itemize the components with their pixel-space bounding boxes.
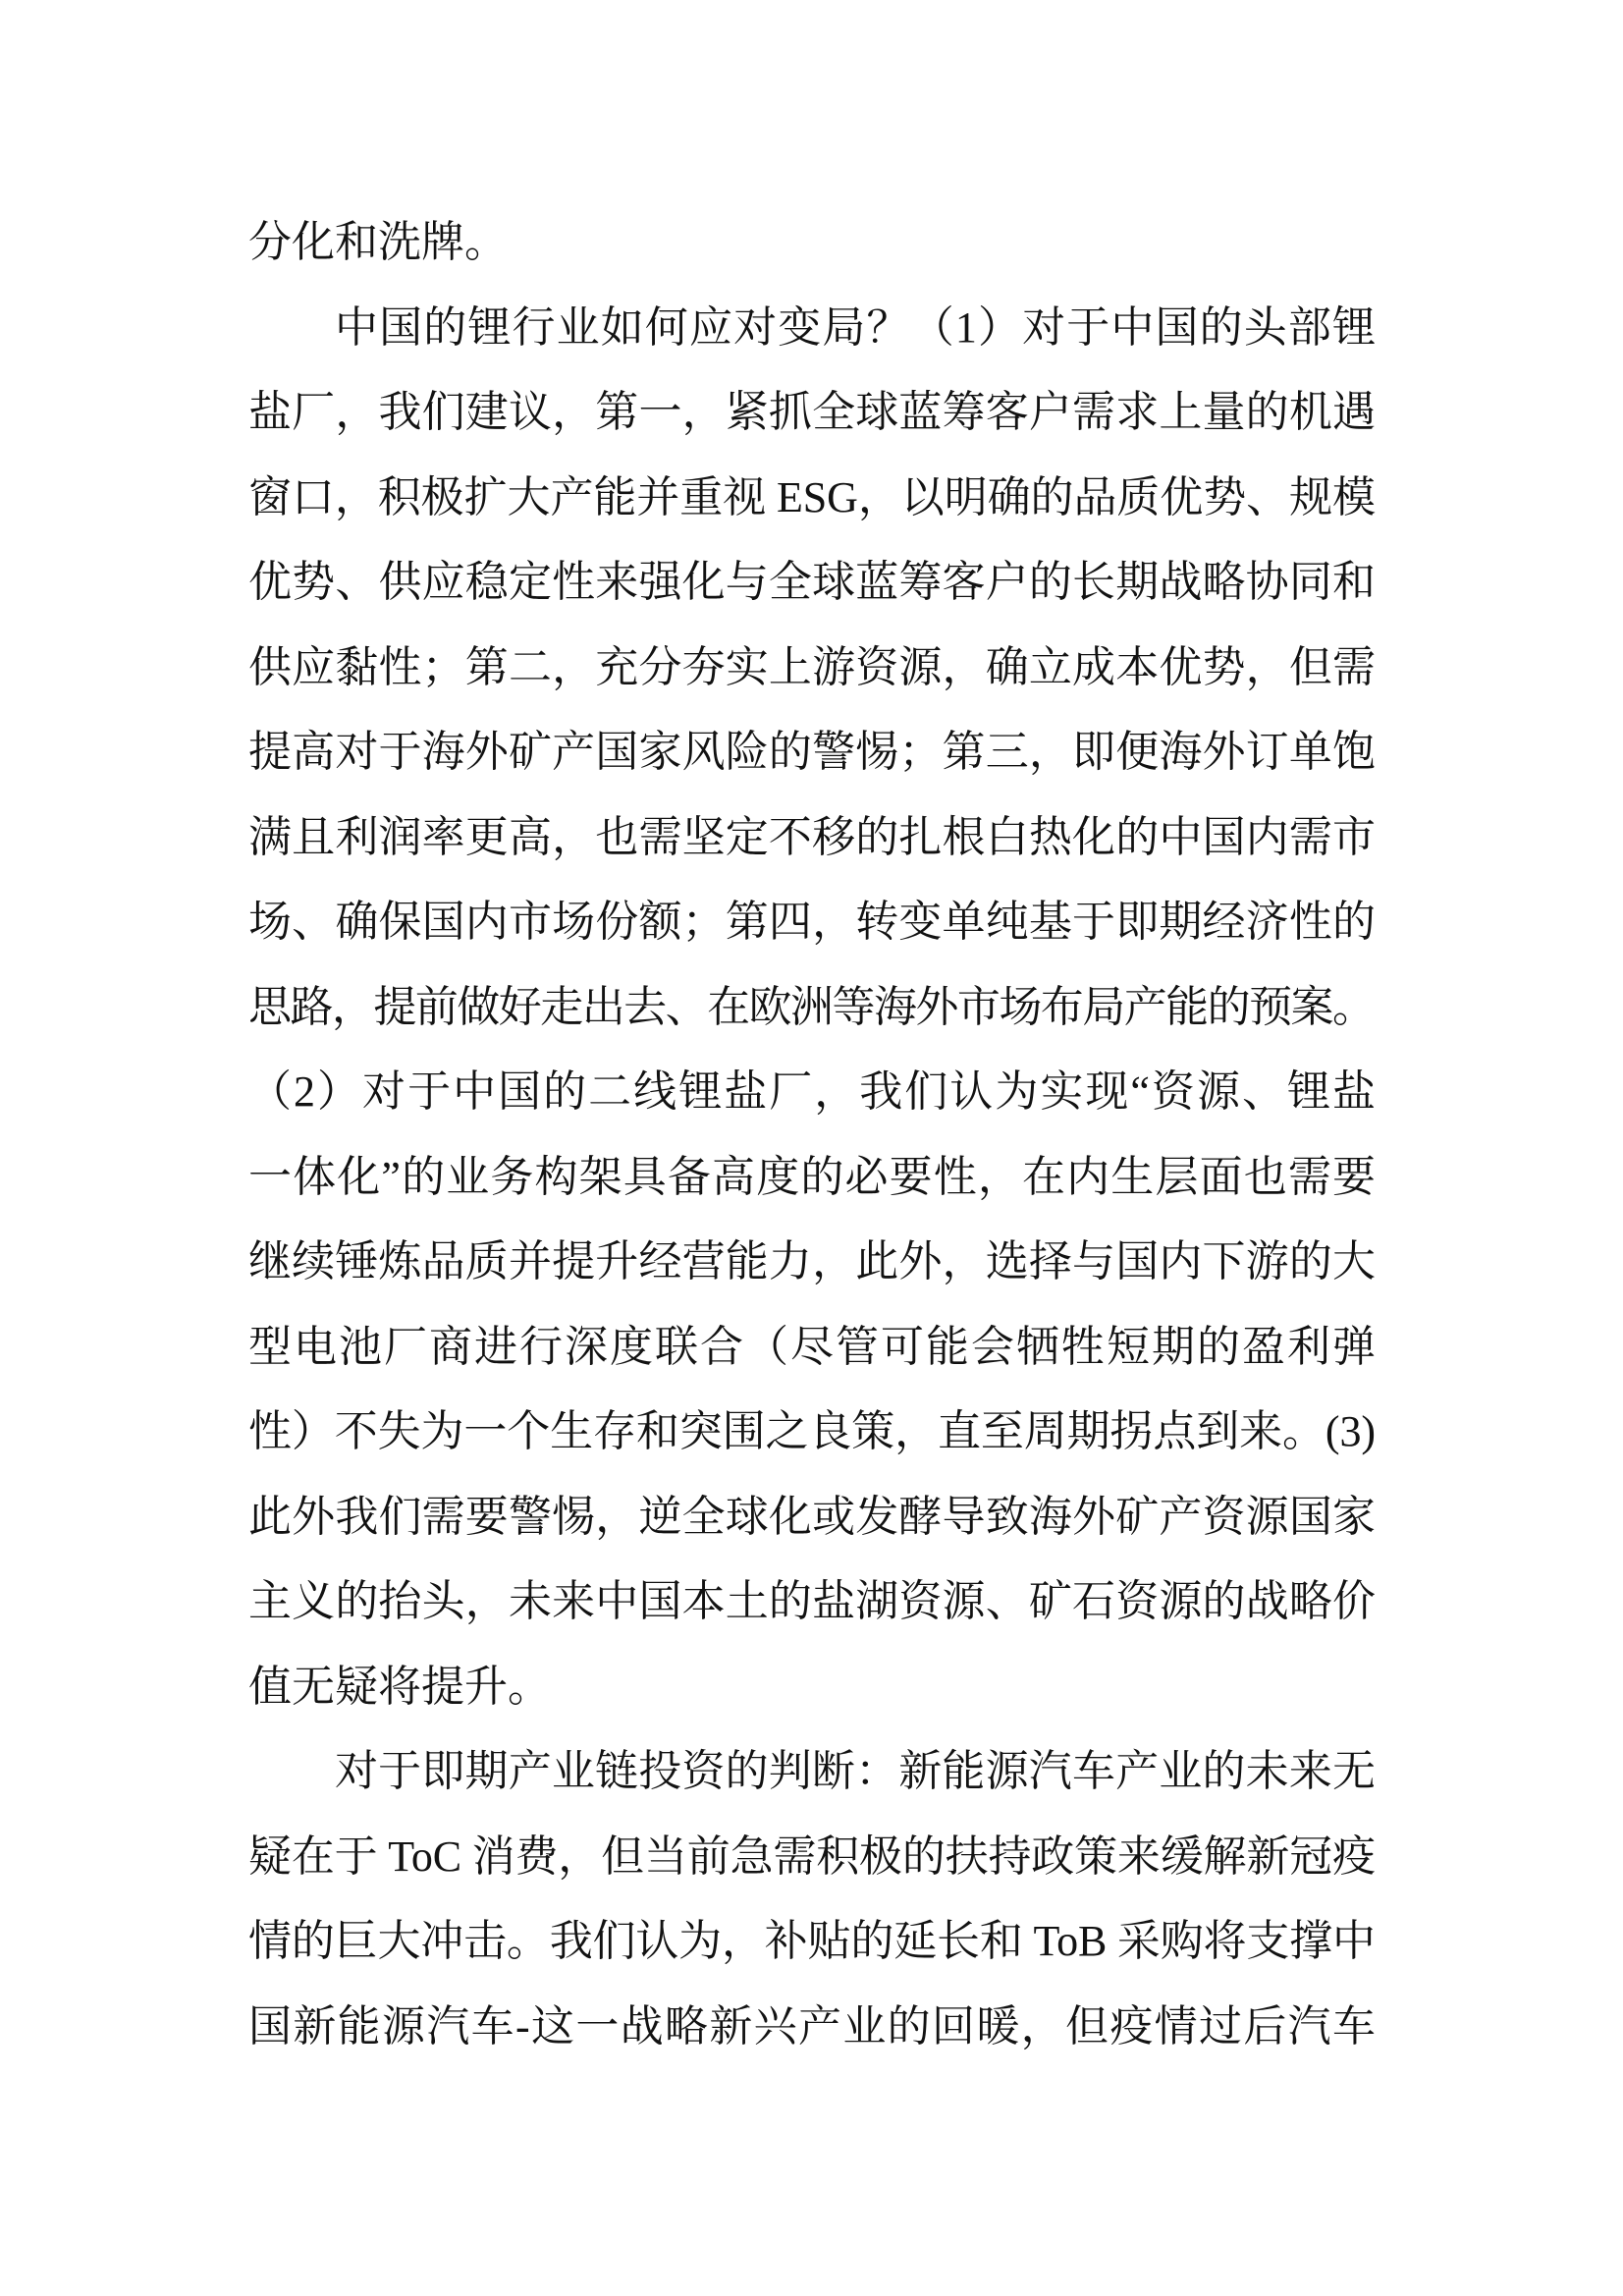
text-line: 窗口，积极扩大产能并重视 ESG，以明确的品质优势、规模 xyxy=(248,456,1376,541)
text-line: 一体化”的业务构架具备高度的必要性，在内生层面也需要 xyxy=(248,1135,1376,1221)
text-line: 情的巨大冲击。我们认为，补贴的延长和 ToB 采购将支撑中 xyxy=(248,1899,1376,1985)
text-line: （2）对于中国的二线锂盐厂，我们认为实现“资源、锂盐 xyxy=(248,1050,1376,1135)
text-line-content: 一体化”的业务构架具备高度的必要性，在内生层面也需要 xyxy=(248,1135,1377,1221)
text-line: 疑在于 ToC 消费，但当前急需积极的扶持政策来缓解新冠疫 xyxy=(248,1815,1376,1900)
text-line: 对于即期产业链投资的判断：新能源汽车产业的未来无 xyxy=(335,1729,1376,1815)
text-line: 此外我们需要警惕，逆全球化或发酵导致海外矿产资源国家 xyxy=(248,1475,1376,1560)
text-line-content: 优势、供应稳定性来强化与全球蓝筹客户的长期战略协同和 xyxy=(248,540,1376,626)
text-line: 性）不失为一个生存和突围之良策，直至周期拐点到来。(3) xyxy=(248,1390,1376,1475)
text-line: 思路，提前做好走出去、在欧洲等海外市场布局产能的预案。 xyxy=(248,965,1376,1051)
text-line: 国新能源汽车-这一战略新兴产业的回暖，但疫情过后汽车 xyxy=(248,1985,1376,2070)
text-line: 继续锤炼品质并提升经营能力，此外，选择与国内下游的大 xyxy=(248,1220,1376,1305)
text-line-content: 对于即期产业链投资的判断：新能源汽车产业的未来无 xyxy=(335,1729,1376,1815)
text-line-content: 满且利润率更高，也需坚定不移的扎根白热化的中国内需市 xyxy=(248,795,1376,881)
document-page: 分化和洗牌。中国的锂行业如何应对变局？（1）对于中国的头部锂盐厂，我们建议，第一… xyxy=(0,0,1623,2296)
text-line-content: 分化和洗牌。 xyxy=(248,200,508,286)
text-line-content: 性）不失为一个生存和突围之良策，直至周期拐点到来。(3) xyxy=(248,1390,1376,1475)
text-block: 分化和洗牌。中国的锂行业如何应对变局？（1）对于中国的头部锂盐厂，我们建议，第一… xyxy=(248,200,1376,2069)
text-line-content: 盐厂，我们建议，第一，紧抓全球蓝筹客户需求上量的机遇 xyxy=(248,370,1376,456)
text-line: 场、确保国内市场份额；第四，转变单纯基于即期经济性的 xyxy=(248,880,1376,965)
text-line: 主义的抬头，未来中国本土的盐湖资源、矿石资源的战略价 xyxy=(248,1559,1376,1645)
text-line-content: 疑在于 ToC 消费，但当前急需积极的扶持政策来缓解新冠疫 xyxy=(248,1815,1376,1900)
text-line-content: 供应黏性；第二，充分夯实上游资源，确立成本优势，但需 xyxy=(248,626,1376,711)
text-line-content: 型电池厂商进行深度联合（尽管可能会牺牲短期的盈利弹 xyxy=(248,1305,1378,1391)
text-line-content: 场、确保国内市场份额；第四，转变单纯基于即期经济性的 xyxy=(248,880,1376,965)
text-line-content: 此外我们需要警惕，逆全球化或发酵导致海外矿产资源国家 xyxy=(248,1475,1376,1560)
text-line: 提高对于海外矿产国家风险的警惕；第三，即便海外订单饱 xyxy=(248,710,1376,795)
text-line-content: 继续锤炼品质并提升经营能力，此外，选择与国内下游的大 xyxy=(248,1220,1376,1305)
text-line-content: 提高对于海外矿产国家风险的警惕；第三，即便海外订单饱 xyxy=(248,710,1376,795)
text-line-content: （2）对于中国的二线锂盐厂，我们认为实现“资源、锂盐 xyxy=(248,1050,1378,1135)
text-line: 型电池厂商进行深度联合（尽管可能会牺牲短期的盈利弹 xyxy=(248,1305,1376,1391)
text-line-content: 值无疑将提升。 xyxy=(248,1645,551,1730)
text-line: 满且利润率更高，也需坚定不移的扎根白热化的中国内需市 xyxy=(248,795,1376,881)
text-line-content: 国新能源汽车-这一战略新兴产业的回暖，但疫情过后汽车 xyxy=(248,1985,1377,2070)
text-line-content: 中国的锂行业如何应对变局？（1）对于中国的头部锂 xyxy=(335,286,1377,371)
text-line: 盐厂，我们建议，第一，紧抓全球蓝筹客户需求上量的机遇 xyxy=(248,370,1376,456)
text-line: 优势、供应稳定性来强化与全球蓝筹客户的长期战略协同和 xyxy=(248,540,1376,626)
text-line-content: 情的巨大冲击。我们认为，补贴的延长和 ToB 采购将支撑中 xyxy=(248,1899,1376,1985)
text-line: 值无疑将提升。 xyxy=(248,1645,1376,1730)
text-line-content: 主义的抬头，未来中国本土的盐湖资源、矿石资源的战略价 xyxy=(248,1559,1376,1645)
text-line: 供应黏性；第二，充分夯实上游资源，确立成本优势，但需 xyxy=(248,626,1376,711)
text-line-content: 思路，提前做好走出去、在欧洲等海外市场布局产能的预案。 xyxy=(248,965,1374,1051)
text-line: 中国的锂行业如何应对变局？（1）对于中国的头部锂 xyxy=(335,286,1376,371)
text-line: 分化和洗牌。 xyxy=(248,200,1376,286)
text-line-content: 窗口，积极扩大产能并重视 ESG，以明确的品质优势、规模 xyxy=(248,456,1376,541)
